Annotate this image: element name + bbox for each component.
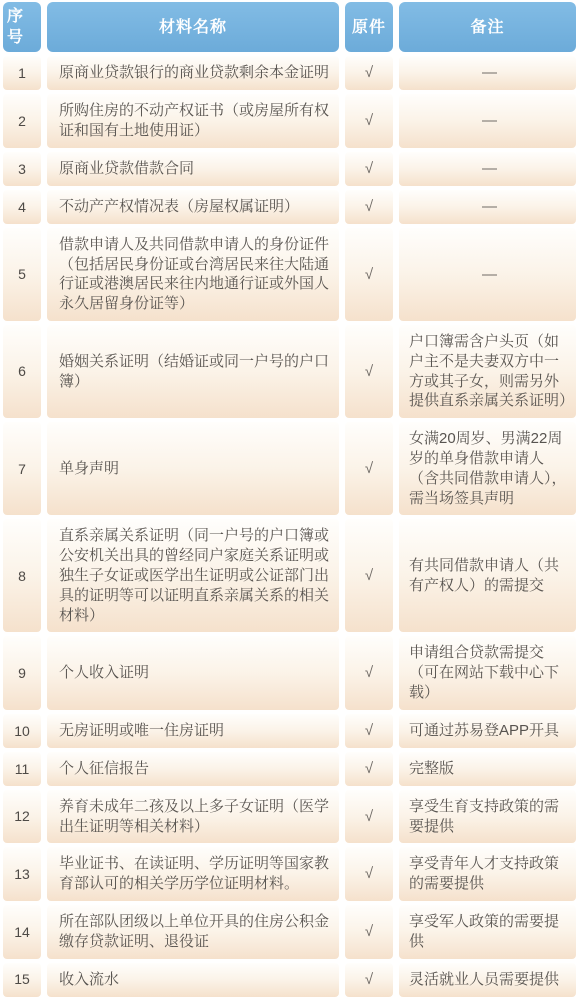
remark-cell: 享受军人政策的需要提供 (399, 905, 576, 959)
row-serial-number: 8 (3, 519, 41, 632)
material-name-cell: 原商业贷款银行的商业贷款剩余本金证明 (47, 56, 339, 90)
table-row: 10 无房证明或唯一住房证明 √ 可通过苏易登APP开具 (3, 714, 576, 748)
original-check-cell: √ (345, 190, 393, 224)
material-name-cell: 所在部队团级以上单位开具的住房公积金缴存贷款证明、退役证 (47, 905, 339, 959)
material-name-cell: 毕业证书、在读证明、学历证明等国家教育部认可的相关学历学位证明材料。 (47, 847, 339, 901)
row-serial-number: 15 (3, 963, 41, 997)
material-name-cell: 直系亲属关系证明（同一户号的户口簿或公安机关出具的曾经同户家庭关系证明或独生子女… (47, 519, 339, 632)
table-row: 7 单身声明 √ 女满20周岁、男满22周岁的单身借款申请人（含共同借款申请人）… (3, 422, 576, 515)
row-serial-number: 1 (3, 56, 41, 90)
material-name-cell: 收入流水 (47, 963, 339, 997)
material-name-cell: 单身声明 (47, 422, 339, 515)
row-serial-number: 2 (3, 94, 41, 148)
remark-cell: 享受生育支持政策的需要提供 (399, 790, 576, 844)
material-name-cell: 原商业贷款借款合同 (47, 152, 339, 186)
original-check-cell: √ (345, 152, 393, 186)
row-serial-number: 5 (3, 228, 41, 321)
material-name-cell: 所购住房的不动产权证书（或房屋所有权证和国有土地使用证） (47, 94, 339, 148)
table-row: 3 原商业贷款借款合同 √ — (3, 152, 576, 186)
table-row: 9 个人收入证明 √ 申请组合贷款需提交（可在网站下载中心下载） (3, 636, 576, 709)
original-check-cell: √ (345, 752, 393, 786)
remark-cell: — (399, 152, 576, 186)
remark-cell: 女满20周岁、男满22周岁的单身借款申请人（含共同借款申请人），需当场签具声明 (399, 422, 576, 515)
remark-cell: 有共同借款申请人（共有产权人）的需提交 (399, 519, 576, 632)
row-serial-number: 11 (3, 752, 41, 786)
original-check-cell: √ (345, 325, 393, 418)
header-remark: 备注 (399, 2, 576, 52)
row-serial-number: 13 (3, 847, 41, 901)
remark-cell: — (399, 94, 576, 148)
original-check-cell: √ (345, 847, 393, 901)
material-name-cell: 不动产产权情况表（房屋权属证明） (47, 190, 339, 224)
remark-cell: 享受青年人才支持政策的需要提供 (399, 847, 576, 901)
original-check-cell: √ (345, 422, 393, 515)
original-check-cell: √ (345, 636, 393, 709)
row-serial-number: 12 (3, 790, 41, 844)
material-name-cell: 婚姻关系证明（结婚证或同一户号的户口簿） (47, 325, 339, 418)
header-serial-number: 序号 (3, 2, 41, 52)
row-serial-number: 3 (3, 152, 41, 186)
material-name-cell: 养育未成年二孩及以上多子女证明（医学出生证明等相关材料） (47, 790, 339, 844)
material-name-cell: 个人征信报告 (47, 752, 339, 786)
table-body: 1 原商业贷款银行的商业贷款剩余本金证明 √ — 2 所购住房的不动产权证书（或… (3, 56, 576, 996)
original-check-cell: √ (345, 94, 393, 148)
table-row: 11 个人征信报告 √ 完整版 (3, 752, 576, 786)
row-serial-number: 9 (3, 636, 41, 709)
table-header: 序号 材料名称 原件 备注 (3, 2, 576, 52)
original-check-cell: √ (345, 790, 393, 844)
table-row: 2 所购住房的不动产权证书（或房屋所有权证和国有土地使用证） √ — (3, 94, 576, 148)
remark-cell: 灵活就业人员需要提供 (399, 963, 576, 997)
remark-cell: — (399, 190, 576, 224)
original-check-cell: √ (345, 228, 393, 321)
original-check-cell: √ (345, 963, 393, 997)
remark-cell: — (399, 56, 576, 90)
table-row: 5 借款申请人及共同借款申请人的身份证件（包括居民身份证或台湾居民来往大陆通行证… (3, 228, 576, 321)
row-serial-number: 10 (3, 714, 41, 748)
table-row: 8 直系亲属关系证明（同一户号的户口簿或公安机关出具的曾经同户家庭关系证明或独生… (3, 519, 576, 632)
row-serial-number: 4 (3, 190, 41, 224)
materials-table: 序号 材料名称 原件 备注 1 原商业贷款银行的商业贷款剩余本金证明 √ — 2… (0, 0, 579, 1003)
remark-cell: — (399, 228, 576, 321)
original-check-cell: √ (345, 714, 393, 748)
table-row: 15 收入流水 √ 灵活就业人员需要提供 (3, 963, 576, 997)
table-row: 6 婚姻关系证明（结婚证或同一户号的户口簿） √ 户口簿需含户头页（如户主不是夫… (3, 325, 576, 418)
table-row: 13 毕业证书、在读证明、学历证明等国家教育部认可的相关学历学位证明材料。 √ … (3, 847, 576, 901)
row-serial-number: 7 (3, 422, 41, 515)
header-original: 原件 (345, 2, 393, 52)
material-name-cell: 借款申请人及共同借款申请人的身份证件（包括居民身份证或台湾居民来往大陆通行证或港… (47, 228, 339, 321)
original-check-cell: √ (345, 905, 393, 959)
table-row: 4 不动产产权情况表（房屋权属证明） √ — (3, 190, 576, 224)
material-name-cell: 个人收入证明 (47, 636, 339, 709)
table-row: 12 养育未成年二孩及以上多子女证明（医学出生证明等相关材料） √ 享受生育支持… (3, 790, 576, 844)
header-material-name: 材料名称 (47, 2, 339, 52)
remark-cell: 完整版 (399, 752, 576, 786)
original-check-cell: √ (345, 519, 393, 632)
table-row: 14 所在部队团级以上单位开具的住房公积金缴存贷款证明、退役证 √ 享受军人政策… (3, 905, 576, 959)
remark-cell: 可通过苏易登APP开具 (399, 714, 576, 748)
table-row: 1 原商业贷款银行的商业贷款剩余本金证明 √ — (3, 56, 576, 90)
remark-cell: 申请组合贷款需提交（可在网站下载中心下载） (399, 636, 576, 709)
remark-cell: 户口簿需含户头页（如户主不是夫妻双方中一方或其子女，则需另外提供直系亲属关系证明… (399, 325, 576, 418)
original-check-cell: √ (345, 56, 393, 90)
row-serial-number: 6 (3, 325, 41, 418)
material-name-cell: 无房证明或唯一住房证明 (47, 714, 339, 748)
row-serial-number: 14 (3, 905, 41, 959)
